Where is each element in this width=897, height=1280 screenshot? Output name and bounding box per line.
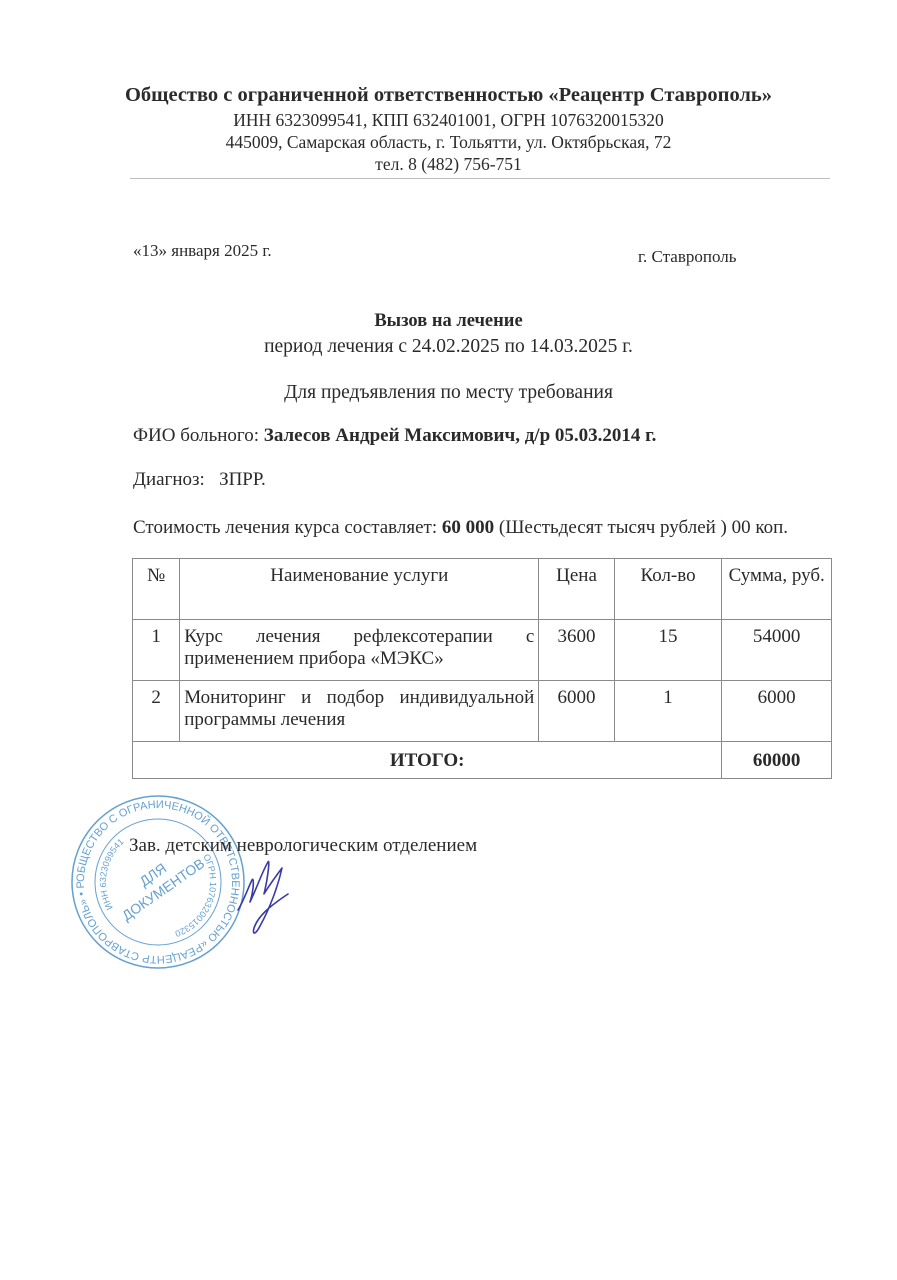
- company-address: 445009, Самарская область, г. Тольятти, …: [0, 132, 897, 153]
- row-price: 6000: [539, 681, 614, 742]
- table-row: 1 Курс лечения рефлексотерапии с примене…: [133, 620, 832, 681]
- row-sum: 6000: [722, 681, 832, 742]
- table-row: 2 Мониторинг и подбор индивидуальной про…: [133, 681, 832, 742]
- row-quantity: 1: [614, 681, 722, 742]
- diagnosis-label: Диагноз:: [133, 469, 219, 490]
- table-total-row: ИТОГО: 60000: [133, 742, 832, 779]
- header-divider: [130, 178, 830, 179]
- row-price: 3600: [539, 620, 614, 681]
- row-number: 2: [133, 681, 180, 742]
- row-number: 1: [133, 620, 180, 681]
- table-header-row: № Наименование услуги Цена Кол-во Сумма,…: [133, 559, 832, 620]
- cost-label: Стоимость лечения курса составляет:: [133, 517, 442, 538]
- row-sum: 54000: [722, 620, 832, 681]
- row-service: Мониторинг и подбор индивидуальной прогр…: [180, 681, 539, 742]
- column-header-price: Цена: [539, 559, 614, 620]
- row-quantity: 15: [614, 620, 722, 681]
- column-header-quantity: Кол-во: [614, 559, 722, 620]
- services-table: № Наименование услуги Цена Кол-во Сумма,…: [132, 558, 832, 779]
- company-stamp-icon: ОБЩЕСТВО С ОГРАНИЧЕННОЙ ОТВЕТСТВЕННОСТЬЮ…: [68, 792, 248, 972]
- document-city: г. Ставрополь: [638, 247, 737, 267]
- column-header-number: №: [133, 559, 180, 620]
- company-requisites: ИНН 6323099541, КПП 632401001, ОГРН 1076…: [0, 110, 897, 131]
- document-purpose: Для предъявления по месту требования: [0, 382, 897, 404]
- patient-label: ФИО больного:: [133, 425, 264, 446]
- company-name: Общество с ограниченной ответственностью…: [0, 84, 897, 107]
- column-header-sum: Сумма, руб.: [722, 559, 832, 620]
- patient-line: ФИО больного: Залесов Андрей Максимович,…: [133, 425, 656, 447]
- cost-words: (Шестьдесят тысяч рублей ) 00 коп.: [494, 517, 788, 538]
- document-title: Вызов на лечение: [0, 311, 897, 332]
- column-header-service: Наименование услуги: [180, 559, 539, 620]
- document-date: «13» января 2025 г.: [133, 241, 272, 261]
- cost-amount: 60 000: [442, 517, 494, 538]
- diagnosis-line: Диагноз: ЗПРР.: [133, 469, 266, 491]
- diagnosis-value: ЗПРР.: [219, 469, 266, 490]
- total-label: ИТОГО:: [133, 742, 722, 779]
- total-value: 60000: [722, 742, 832, 779]
- patient-name-dob: Залесов Андрей Максимович, д/р 05.03.201…: [264, 425, 657, 446]
- treatment-period: период лечения с 24.02.2025 по 14.03.202…: [0, 336, 897, 358]
- company-phone: тел. 8 (482) 756-751: [0, 154, 897, 175]
- cost-line: Стоимость лечения курса составляет: 60 0…: [133, 517, 833, 539]
- row-service: Курс лечения рефлексотерапии с применени…: [180, 620, 539, 681]
- signature-icon: [230, 850, 310, 940]
